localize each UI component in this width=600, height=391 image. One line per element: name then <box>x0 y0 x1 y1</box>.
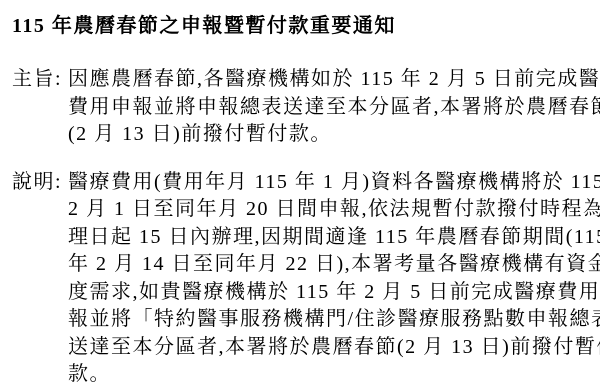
description-section: 說明: 醫療費用(費用年月 115 年 1 月)資料各醫療機構將於 115 年2… <box>12 169 588 389</box>
text-line: 理日起 15 日內辦理,因期間適逢 115 年農曆春節期間(115 <box>68 224 588 252</box>
text-line: 2 月 1 日至同年月 20 日間申報,依法規暫付款撥付時程為受 <box>68 196 588 224</box>
description-content: 醫療費用(費用年月 115 年 1 月)資料各醫療機構將於 115 年2 月 1… <box>68 169 588 389</box>
description-label: 說明: <box>12 169 68 197</box>
text-line: 費用申報並將申報總表送達至本分區者,本署將於農曆春節 <box>68 94 588 122</box>
text-line: 度需求,如貴醫療機構於 115 年 2 月 5 日前完成醫療費用申 <box>68 279 588 307</box>
subject-section: 主旨: 因應農曆春節,各醫療機構如於 115 年 2 月 5 日前完成醫療費用申… <box>12 66 588 149</box>
text-line: 報並將「特約醫事服務機構門/住診醫療服務點數申報總表」 <box>68 306 588 334</box>
text-line: 因應農曆春節,各醫療機構如於 115 年 2 月 5 日前完成醫療 <box>68 66 588 94</box>
text-line: 送達至本分區者,本署將於農曆春節(2 月 13 日)前撥付暫付 <box>68 334 588 362</box>
subject-label: 主旨: <box>12 66 68 94</box>
notice-document: 115 年農曆春節之申報暨暫付款重要通知 主旨: 因應農曆春節,各醫療機構如於 … <box>0 0 600 391</box>
text-line: 款。 <box>68 361 588 389</box>
page-title: 115 年農曆春節之申報暨暫付款重要通知 <box>12 13 588 39</box>
text-line: 年 2 月 14 日至同年月 22 日),本署考量各醫療機構有資金調 <box>68 251 588 279</box>
subject-content: 因應農曆春節,各醫療機構如於 115 年 2 月 5 日前完成醫療費用申報並將申… <box>68 66 588 149</box>
text-line: 醫療費用(費用年月 115 年 1 月)資料各醫療機構將於 115 年 <box>68 169 588 197</box>
text-line: (2 月 13 日)前撥付暫付款。 <box>68 121 588 149</box>
